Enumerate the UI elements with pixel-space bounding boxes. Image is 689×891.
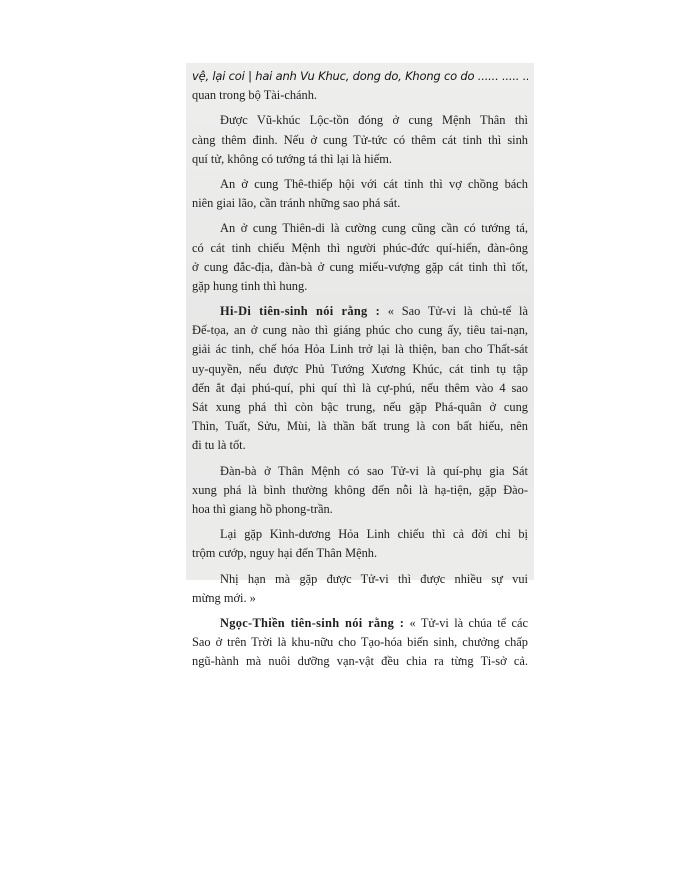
text-line: xung phá là bình thường không đến nỗi là… xyxy=(192,481,528,500)
text-line: mừng mới. » xyxy=(192,589,528,608)
paragraph-kinh-duong: Lại gặp Kình-dương Hỏa Linh chiếu thì cả… xyxy=(192,525,528,563)
text-line: quan trong bộ Tài-chánh. xyxy=(192,86,528,105)
speaker-heading: Hi-Di tiên-sinh nói rằng : xyxy=(220,304,380,318)
paragraph-continuation: vệ, lại coi | hai anh Vu Khuc, dong do, … xyxy=(192,67,528,105)
text-line: đến ắt đại phú-quí, phi quí thì là cự-ph… xyxy=(192,379,528,398)
text-line: Ngọc-Thiền tiên-sinh nói rằng : « Tử-vi … xyxy=(192,614,528,633)
speaker-heading: Ngọc-Thiền tiên-sinh nói rằng : xyxy=(220,616,404,630)
text-line: Lại gặp Kình-dương Hỏa Linh chiếu thì cả… xyxy=(192,525,528,544)
text-line: Được Vũ-khúc Lộc-tồn đóng ở cung Mệnh Th… xyxy=(192,111,528,130)
text-line: giải ác tinh, chế hóa Hỏa Linh trở lại l… xyxy=(192,340,528,359)
paragraph-the-thiep: An ở cung Thê-thiếp hội với cát tinh thì… xyxy=(192,175,528,213)
text-line: An ở cung Thê-thiếp hội với cát tinh thì… xyxy=(192,175,528,194)
text-line: đi tu là tốt. xyxy=(192,436,528,455)
text-line: trộm cướp, nguy hại đến Thân Mệnh. xyxy=(192,544,528,563)
text-line: Đàn-bà ở Thân Mệnh có sao Tử-vi là quí-p… xyxy=(192,462,528,481)
text-line: hoa thì giang hồ phong-trần. xyxy=(192,500,528,519)
text-line: ở cung đắc-địa, đàn-bà ở cung miếu-vượng… xyxy=(192,258,528,277)
text-line: niên giai lão, cần tránh những sao phá s… xyxy=(192,194,528,213)
text-line: An ở cung Thiên-di là cường cung cũng cầ… xyxy=(192,219,528,238)
scanned-book-page: vệ, lại coi | hai anh Vu Khuc, dong do, … xyxy=(186,63,534,580)
paragraph-nhi-han: Nhị hạn mà gặp được Tử-vi thì được nhiều… xyxy=(192,570,528,608)
text-line: uy-quyền, nếu được Phủ Tướng Xương Khúc,… xyxy=(192,360,528,379)
text-line: Thìn, Tuất, Sửu, Mùi, là thần bất trung … xyxy=(192,417,528,436)
text-line: Sao ở trên Trời là khu-nữu cho Tạo-hóa b… xyxy=(192,633,528,652)
text-line: Nhị hạn mà gặp được Tử-vi thì được nhiều… xyxy=(192,570,528,589)
text-line: càng thêm đinh. Nếu ở cung Tử-tức có thê… xyxy=(192,131,528,150)
paragraph-thien-di: An ở cung Thiên-di là cường cung cũng cầ… xyxy=(192,219,528,296)
text-line: có cát tinh chiếu Mệnh thì người phúc-đứ… xyxy=(192,239,528,258)
paragraph-vu-khuc: Được Vũ-khúc Lộc-tồn đóng ở cung Mệnh Th… xyxy=(192,111,528,169)
text-line: Hi-Di tiên-sinh nói rằng : « Sao Tử-vi l… xyxy=(192,302,528,321)
handwritten-annotation-line: vệ, lại coi | hai anh Vu Khuc, dong do, … xyxy=(192,67,528,86)
paragraph-hi-di-quote: Hi-Di tiên-sinh nói rằng : « Sao Tử-vi l… xyxy=(192,302,528,456)
paragraph-dan-ba: Đàn-bà ở Thân Mệnh có sao Tử-vi là quí-p… xyxy=(192,462,528,520)
text-line: quí tử, không có tướng tá thì lại là hiế… xyxy=(192,150,528,169)
text-line: Sát xung phá thì còn bậc trung, nếu gặp … xyxy=(192,398,528,417)
text-line: Đế-tọa, an ở cung nào thì giáng phúc cho… xyxy=(192,321,528,340)
text-line: ngũ-hành mà nuôi dưỡng vạn-vật đều chia … xyxy=(192,652,528,671)
paragraph-ngoc-thien-quote: Ngọc-Thiền tiên-sinh nói rằng : « Tử-vi … xyxy=(192,614,528,672)
quote-start: « Sao Tử-vi là chủ-tể là xyxy=(388,304,528,318)
text-line: gặp hung tinh thì hung. xyxy=(192,277,528,296)
quote-start: « Tử-vi là chúa tể các xyxy=(410,616,528,630)
